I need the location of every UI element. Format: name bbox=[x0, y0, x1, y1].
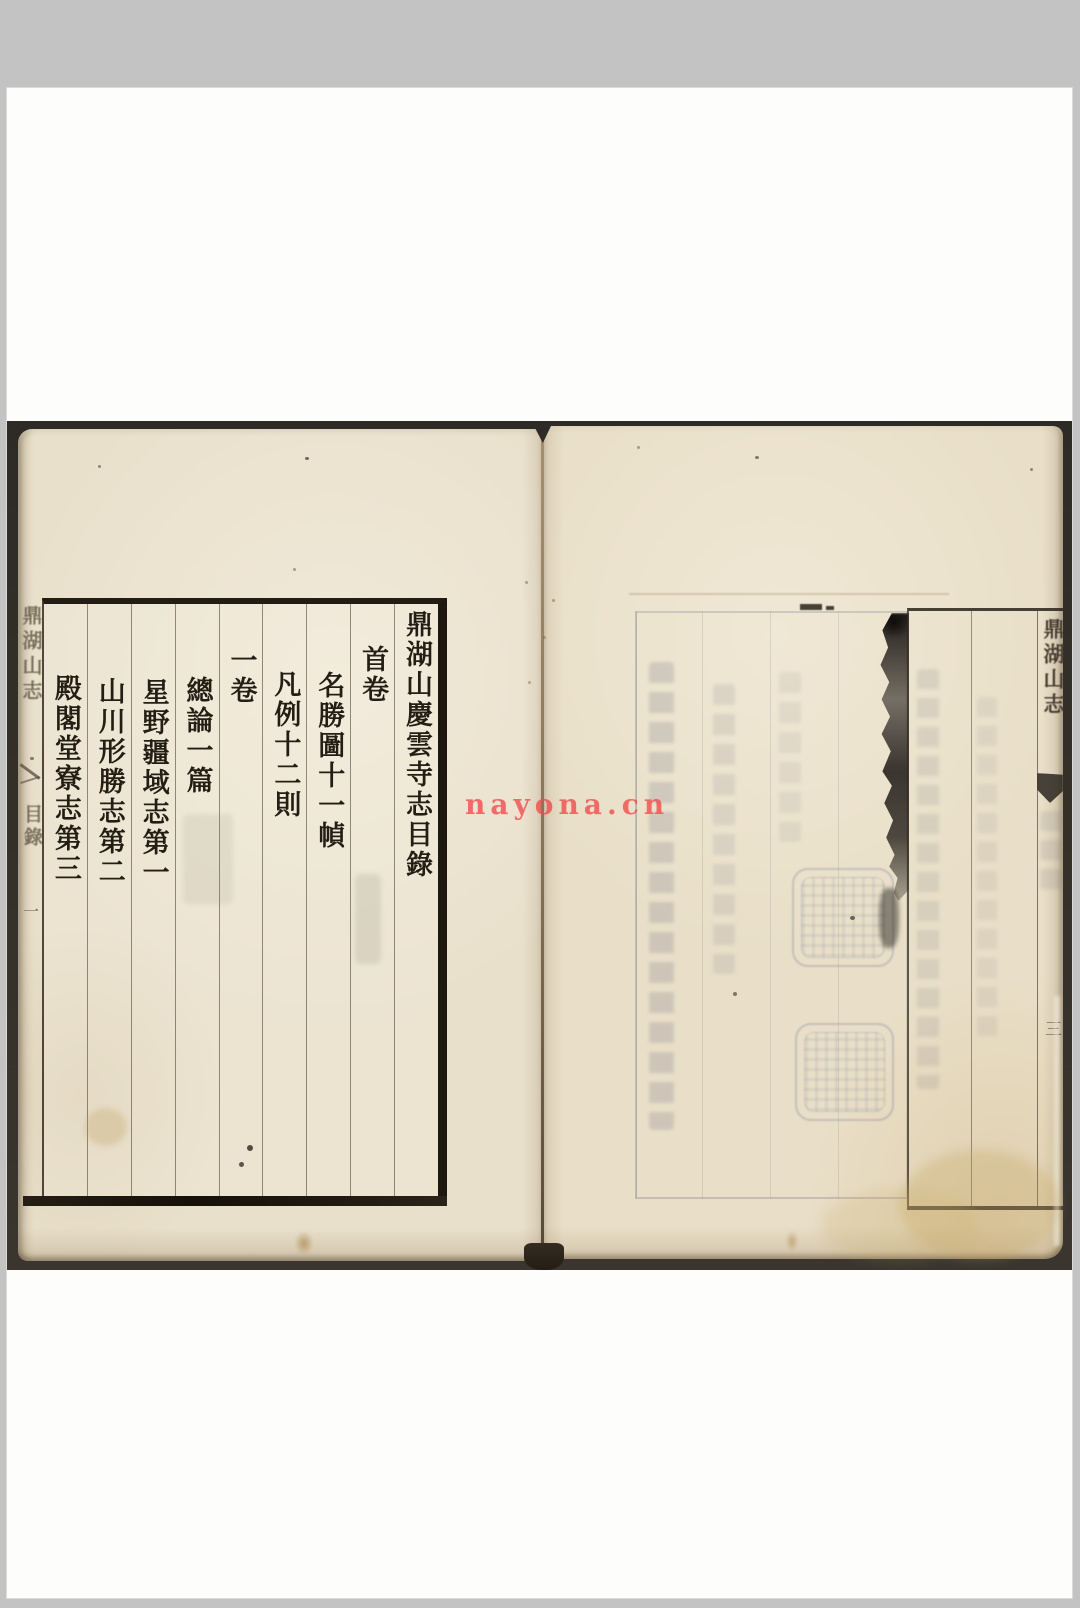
column-rule bbox=[971, 611, 972, 1206]
ink-dot bbox=[247, 1145, 253, 1151]
ink-dot bbox=[239, 1162, 244, 1167]
paper-crease bbox=[629, 593, 949, 595]
bleedthrough-text-column bbox=[977, 697, 997, 1037]
paper-speck bbox=[305, 457, 309, 460]
right-spine-title: 鼎湖山志 bbox=[1040, 618, 1065, 718]
paper-speck bbox=[1030, 468, 1033, 471]
column-rule bbox=[1037, 611, 1038, 1206]
toc-entry-column: 殿閣堂寮志第三 bbox=[44, 604, 87, 1205]
paper-speck bbox=[850, 916, 855, 920]
left-page-number: 一 bbox=[23, 899, 39, 922]
binding-edge bbox=[524, 1243, 564, 1270]
watermark: nayona.cn bbox=[465, 788, 669, 821]
bleedthrough-mark bbox=[355, 874, 381, 964]
next-leaf-edge: 鼎湖山志 三 bbox=[907, 608, 1063, 1210]
left-spine-title: 鼎湖山志 bbox=[19, 605, 43, 705]
wormhole bbox=[525, 581, 528, 584]
ink-mark bbox=[800, 604, 822, 610]
ink-mark bbox=[826, 606, 834, 610]
wormhole bbox=[552, 599, 555, 602]
ink-smudge bbox=[879, 888, 899, 948]
right-page: 鼎湖山志 三 bbox=[543, 426, 1063, 1259]
paper-speck bbox=[30, 757, 34, 760]
toc-entry-column: 一卷 bbox=[219, 604, 263, 1205]
bleedthrough-mark bbox=[183, 814, 233, 904]
wormhole bbox=[528, 681, 531, 684]
fishtail-mark bbox=[1037, 773, 1063, 803]
seal-imprint bbox=[795, 1023, 894, 1121]
bleedthrough-text-column bbox=[779, 672, 801, 842]
left-spine-section: 目錄 bbox=[20, 804, 44, 850]
paper-speck bbox=[293, 568, 296, 571]
bleedthrough-text-column bbox=[1040, 811, 1062, 895]
paper-stain bbox=[820, 1190, 980, 1260]
bleedthrough-text-column bbox=[713, 684, 735, 974]
paper-stain bbox=[85, 1108, 127, 1146]
book-photo: 鼎湖山志 目錄 一 鼎湖山慶雲寺志目錄 首卷 名勝圖十一幀 凡例十二則 一卷 總… bbox=[7, 421, 1072, 1270]
scan-canvas: 鼎湖山志 目錄 一 鼎湖山慶雲寺志目錄 首卷 名勝圖十一幀 凡例十二則 一卷 總… bbox=[7, 88, 1072, 1598]
paper-speck bbox=[733, 992, 737, 996]
paper-speck bbox=[637, 446, 640, 449]
fishtail-mark bbox=[20, 762, 42, 790]
bleedthrough-text-column bbox=[917, 669, 939, 1089]
center-fold bbox=[541, 427, 544, 1267]
toc-entry-column: 名勝圖十一幀 bbox=[306, 604, 350, 1205]
toc-title-column: 鼎湖山慶雲寺志目錄 bbox=[394, 604, 438, 1205]
toc-entry-column: 總論一篇 bbox=[175, 604, 219, 1205]
paper-stain bbox=[783, 1230, 801, 1258]
wormhole bbox=[543, 636, 546, 639]
left-page: 鼎湖山志 目錄 一 鼎湖山慶雲寺志目錄 首卷 名勝圖十一幀 凡例十二則 一卷 總… bbox=[18, 429, 543, 1261]
bleedthrough-text-column bbox=[649, 662, 674, 1130]
toc-entry-column: 星野疆域志第一 bbox=[131, 604, 175, 1205]
paper-stain bbox=[291, 1230, 317, 1263]
paper-speck bbox=[755, 456, 759, 459]
paper-speck bbox=[98, 465, 101, 468]
frame-bottom-border bbox=[23, 1196, 447, 1206]
screenshot-root: { "watermark": { "text": "nayona.cn", "c… bbox=[0, 0, 1080, 1608]
toc-entry-column: 凡例十二則 bbox=[262, 604, 306, 1205]
